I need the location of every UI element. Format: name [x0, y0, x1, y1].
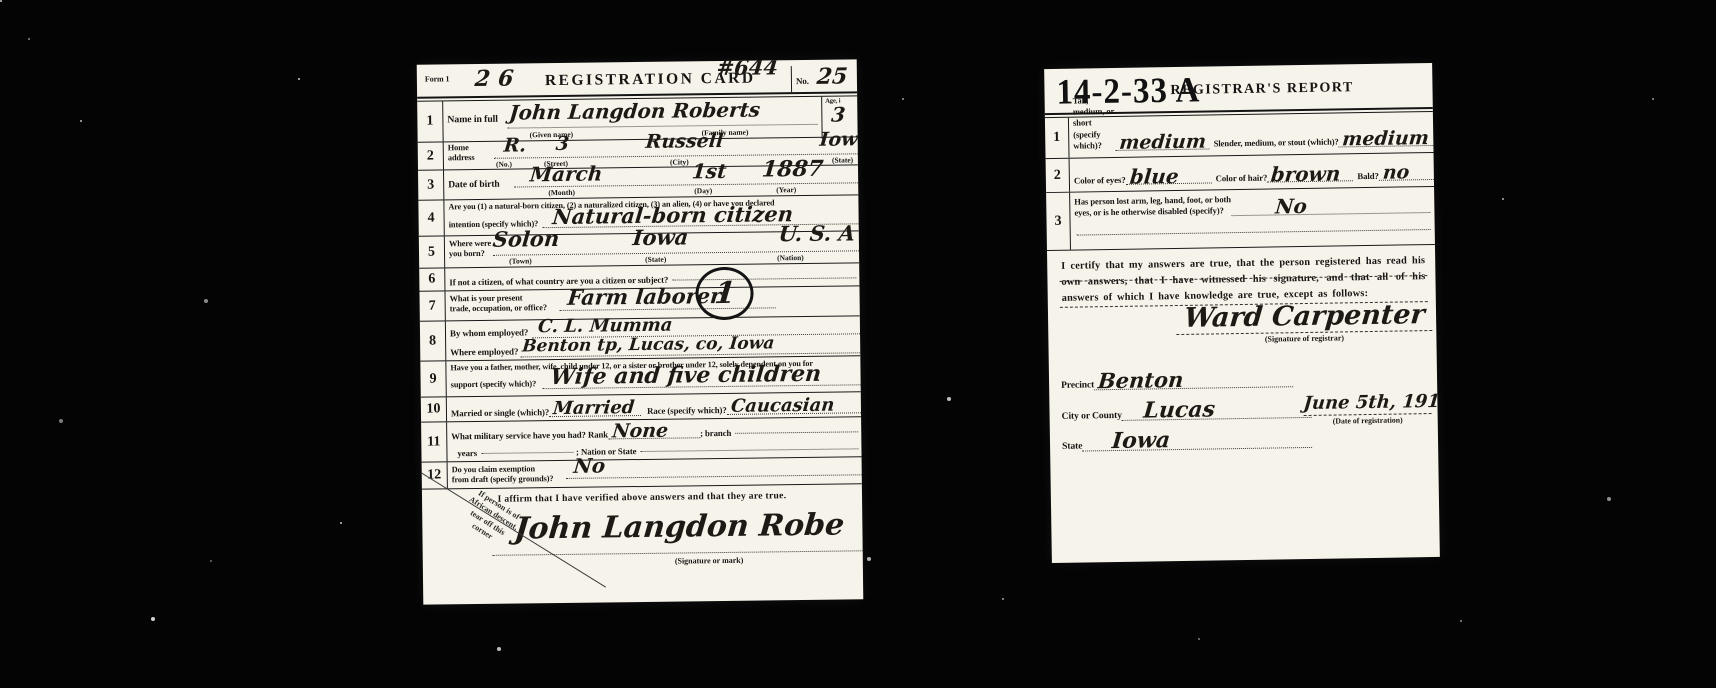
precinct-value-handwritten: Benton — [1097, 369, 1184, 391]
form-number-label: Form 1 — [425, 74, 450, 83]
state-label: State — [1062, 440, 1082, 451]
serial-number-handwritten: 26 — [474, 67, 523, 90]
question-number: 5 — [419, 236, 445, 267]
question-row-5: 5 Where were you born? Solon Iowa U. S. … — [419, 230, 859, 267]
circled-number-value: 1 — [713, 278, 737, 308]
birth-year-handwritten: 1887 — [761, 158, 824, 181]
military-service-label: What military service have you had? Rank — [451, 429, 608, 441]
stout-value-handwritten: medium — [1342, 129, 1430, 149]
no-label: No. — [796, 76, 809, 86]
report-row-3: 3 Has person lost arm, leg, hand, foot, … — [1046, 186, 1435, 250]
registration-number-handwritten: 25 — [816, 65, 849, 87]
registrars-report-header: 14-2-33 A REGISTRAR'S REPORT — [1044, 63, 1433, 113]
day-sublabel: (Day) — [694, 186, 712, 195]
city-sublabel: (City) — [670, 157, 689, 166]
address-no-handwritten: R. — [503, 136, 527, 155]
registration-number-box: No. 25 — [791, 65, 857, 92]
employer-label: By whom employed? — [450, 327, 528, 338]
home-address-label: Home address — [448, 143, 475, 163]
precinct-row: Precinct Benton — [1061, 365, 1293, 391]
registration-date-block: June 5th, 1917 (Date of registration) — [1303, 393, 1431, 426]
registrar-signature-handwritten: Ward Carpenter — [1182, 301, 1425, 332]
name-label: Name in full — [447, 114, 498, 126]
registration-card-header: Form 1 26 REGISTRATION CARD #644 No. 25 — [417, 59, 857, 96]
build-value-handwritten: medium — [1118, 133, 1206, 153]
bald-value-handwritten: no — [1382, 163, 1410, 182]
town-sublabel: (Town) — [509, 256, 532, 265]
race-value-handwritten: Caucasian — [730, 397, 835, 416]
build-label-line2: short (specify which)? — [1073, 117, 1115, 151]
dotted-line — [481, 452, 573, 454]
question-row-1: 1 Name in full John Langdon Roberts (Giv… — [417, 96, 857, 141]
order-number-handwritten: #644 — [716, 59, 779, 78]
name-value-handwritten: John Langdon Roberts — [508, 100, 761, 123]
city-county-value-handwritten: Lucas — [1143, 398, 1216, 421]
city-county-label: City or County — [1062, 410, 1122, 422]
where-employed-value-handwritten: Benton tp, Lucas, co, Iowa — [521, 335, 775, 355]
citizen-status-handwritten: Natural-born citizen — [552, 203, 794, 227]
race-label: Race (specify which)? — [647, 405, 727, 416]
birth-state-handwritten: Iowa — [632, 226, 689, 248]
question-number: 8 — [420, 321, 446, 360]
question-number: 6 — [419, 268, 445, 290]
branch-label: ; branch — [700, 428, 731, 438]
disability-value-handwritten: No — [1274, 196, 1307, 217]
question-number: 7 — [419, 291, 445, 320]
dependents-question-line2: support (specify which)? — [451, 380, 537, 391]
dotted-line — [507, 124, 817, 129]
date-of-birth-label: Date of birth — [448, 179, 500, 191]
address-state-handwritten: Iowa — [819, 130, 863, 150]
state-sublabel: (State) — [832, 155, 853, 164]
married-value-handwritten: Married — [552, 399, 635, 418]
married-label: Married or single (which)? — [451, 407, 549, 418]
years-label: years — [457, 448, 477, 458]
nation-sublabel: (Nation) — [777, 253, 804, 262]
question-number: 9 — [420, 361, 446, 396]
bald-label: Bald? — [1357, 171, 1379, 181]
no-sublabel: (No.) — [496, 160, 512, 169]
dotted-line — [1077, 229, 1431, 236]
question-number: 2 — [418, 142, 444, 169]
stout-label: Slender, medium, or stout (which)? — [1214, 138, 1339, 150]
registrar-signature-block: Ward Carpenter (Signature of registrar) — [1176, 301, 1433, 345]
dotted-line — [640, 448, 858, 452]
rank-value-handwritten: None — [611, 422, 669, 442]
birth-month-handwritten: March — [529, 163, 603, 184]
question-number: 3 — [418, 170, 444, 199]
year-sublabel: (Year) — [776, 185, 796, 194]
report-row-1: 1 Tall, medium, or short (specify which)… — [1045, 112, 1434, 158]
question-row-8: 8 By whom employed? C. L. Mumma Where em… — [420, 315, 860, 360]
where-born-label: Where were you born? — [449, 239, 491, 259]
report-question-number: 2 — [1046, 159, 1071, 192]
birth-town-handwritten: Solon — [492, 228, 560, 250]
film-grain-specks — [0, 0, 2, 2]
question-number: 4 — [418, 200, 444, 235]
dotted-line — [493, 250, 859, 255]
city-county-row: City or County Lucas — [1061, 395, 1311, 422]
disability-label-line2: eyes, or is he otherwise disabled (speci… — [1074, 205, 1231, 219]
address-city-handwritten: Russell — [645, 132, 724, 152]
hair-color-value-handwritten: brown — [1270, 163, 1341, 184]
date-sublabel: (Date of registration) — [1304, 415, 1432, 426]
question-number: 11 — [421, 422, 447, 461]
employer-value-handwritten: C. L. Mumma — [537, 317, 673, 337]
birth-nation-handwritten: U. S. A — [778, 222, 856, 244]
registration-card: Form 1 26 REGISTRATION CARD #644 No. 25 … — [417, 59, 864, 604]
exemption-value-handwritten: No — [573, 455, 606, 475]
trade-label: What is your present trade, occupation, … — [450, 293, 547, 313]
state-value-handwritten: Iowa — [1111, 429, 1171, 452]
hair-color-label: Color of hair? — [1216, 172, 1268, 183]
report-question-number: 1 — [1045, 118, 1070, 158]
stamp-number: 14-2-33 A — [1056, 71, 1200, 113]
question-row-11: 11 What military service have you had? R… — [421, 416, 861, 461]
month-sublabel: (Month) — [548, 188, 575, 197]
precinct-label: Precinct — [1061, 379, 1094, 391]
dotted-line — [735, 431, 858, 434]
registrant-signature-handwritten: John Langdon Robe — [513, 511, 846, 545]
eye-color-label: Color of eyes? — [1074, 175, 1126, 186]
state-row: State Iowa — [1062, 425, 1312, 452]
signature-or-mark-sublabel: (Signature or mark) — [675, 556, 744, 566]
eye-color-value-handwritten: blue — [1129, 166, 1180, 187]
registration-date-handwritten: June 5th, 1917 — [1303, 393, 1440, 413]
dependents-value-handwritten: Wife and five children — [550, 363, 823, 388]
question-number: 10 — [421, 397, 447, 421]
dotted-line — [566, 474, 862, 479]
where-employed-label: Where employed? — [450, 346, 518, 357]
question-number: 1 — [417, 101, 443, 141]
report-question-number: 3 — [1046, 193, 1071, 250]
question-row-9: 9 Have you a father, mother, wife, child… — [420, 355, 860, 396]
registrars-report-card: 14-2-33 A REGISTRAR'S REPORT 1 Tall, med… — [1044, 63, 1440, 563]
birth-day-handwritten: 1st — [691, 161, 727, 181]
age-value-handwritten: 3 — [830, 105, 846, 125]
state-sublabel: (State) — [645, 255, 666, 264]
address-street-handwritten: 3 — [555, 135, 570, 154]
